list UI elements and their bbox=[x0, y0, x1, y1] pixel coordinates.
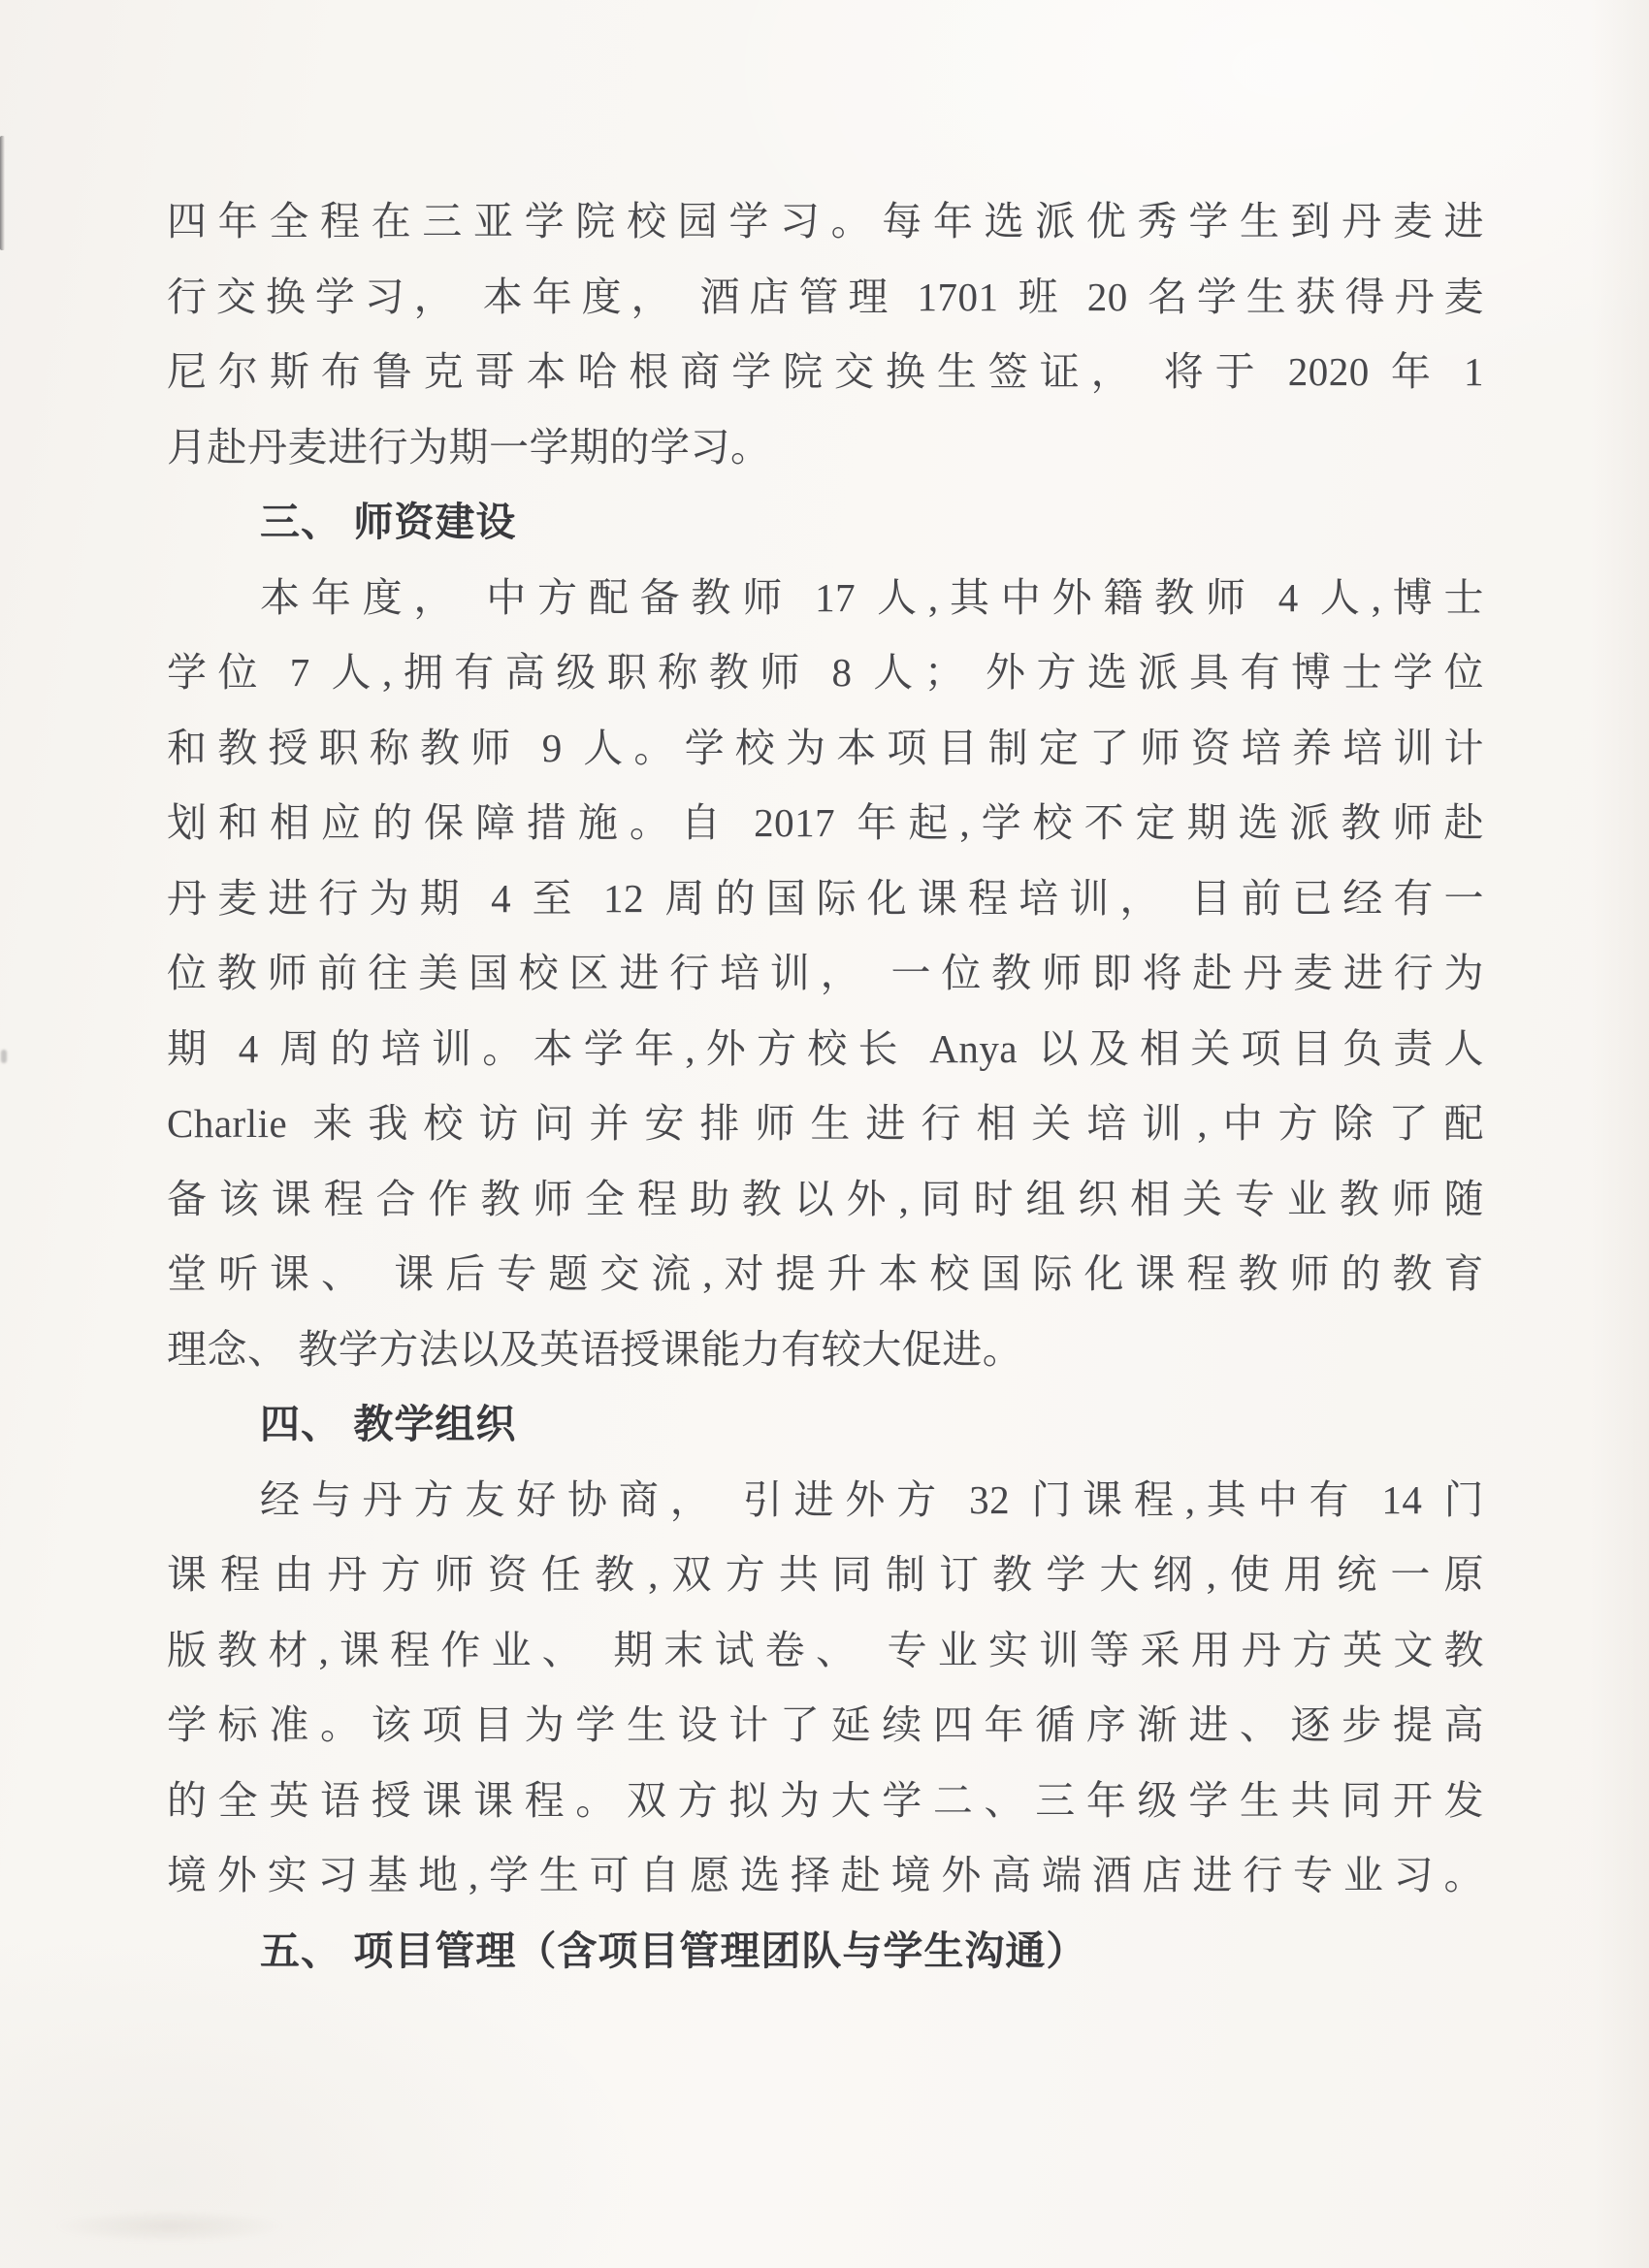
text-line: 堂听课、 课后专题交流,对提升本校国际化课程教师的教育 bbox=[167, 1237, 1484, 1312]
text-line: 经与丹方友好协商， 引进外方 32 门课程,其中有 14 门 bbox=[167, 1463, 1484, 1539]
section-heading: 五、 项目管理（含项目管理团队与学生沟通） bbox=[167, 1914, 1484, 1990]
text-line: 四年全程在三亚学院校园学习。每年选派优秀学生到丹麦进 bbox=[167, 184, 1484, 260]
text-line: 尼尔斯布鲁克哥本哈根商学院交换生签证， 将于 2020 年 1 bbox=[167, 335, 1484, 410]
scanned-page: 四年全程在三亚学院校园学习。每年选派优秀学生到丹麦进行交换学习， 本年度， 酒店… bbox=[0, 0, 1649, 2268]
text-line: 备该课程合作教师全程助教以外,同时组织相关专业教师随 bbox=[167, 1162, 1484, 1238]
text-line: 丹麦进行为期 4 至 12 周的国际化课程培训， 目前已经有一 bbox=[167, 861, 1484, 937]
section-heading: 四、 教学组织 bbox=[167, 1387, 1484, 1463]
text-line: 和教授职称教师 9 人。学校为本项目制定了师资培养培训计 bbox=[167, 711, 1484, 787]
text-line: 本年度， 中方配备教师 17 人,其中外籍教师 4 人,博士 bbox=[167, 561, 1484, 636]
text-line: 版教材,课程作业、 期末试卷、 专业实训等采用丹方英文教 bbox=[167, 1613, 1484, 1689]
section-heading: 三、 师资建设 bbox=[167, 485, 1484, 561]
text-line: Charlie 来我校访问并安排师生进行相关培训,中方除了配 bbox=[167, 1086, 1484, 1162]
scan-artifact-bottom-smudge bbox=[53, 2210, 286, 2243]
text-line: 划和相应的保障措施。自 2017 年起,学校不定期选派教师赴 bbox=[167, 786, 1484, 861]
scan-artifact-edge-speck bbox=[1, 1050, 7, 1063]
text-line: 的全英语授课课程。双方拟为大学二、三年级学生共同开发 bbox=[167, 1764, 1484, 1839]
scan-artifact-right-sheen bbox=[1591, 0, 1649, 2268]
text-line: 课程由丹方师资任教,双方共同制订教学大纲,使用统一原 bbox=[167, 1538, 1484, 1613]
document-text: 四年全程在三亚学院校园学习。每年选派优秀学生到丹麦进行交换学习， 本年度， 酒店… bbox=[167, 184, 1484, 1989]
text-line: 期 4 周的培训。本学年,外方校长 Anya 以及相关项目负责人 bbox=[167, 1012, 1484, 1087]
text-line: 月赴丹麦进行为期一学期的学习。 bbox=[167, 410, 1484, 486]
text-line: 理念、 教学方法以及英语授课能力有较大促进。 bbox=[167, 1312, 1484, 1388]
text-line: 学标准。该项目为学生设计了延续四年循序渐进、逐步提高 bbox=[167, 1688, 1484, 1764]
text-line: 位教师前往美国校区进行培训， 一位教师即将赴丹麦进行为 bbox=[167, 936, 1484, 1012]
text-line: 学位 7 人,拥有高级职称教师 8 人； 外方选派具有博士学位 bbox=[167, 635, 1484, 711]
text-line: 境外实习基地,学生可自愿选择赴境外高端酒店进行专业习。 bbox=[167, 1838, 1484, 1914]
text-line: 行交换学习， 本年度， 酒店管理 1701 班 20 名学生获得丹麦 bbox=[167, 260, 1484, 336]
scan-artifact-edge-sliver bbox=[0, 136, 5, 250]
